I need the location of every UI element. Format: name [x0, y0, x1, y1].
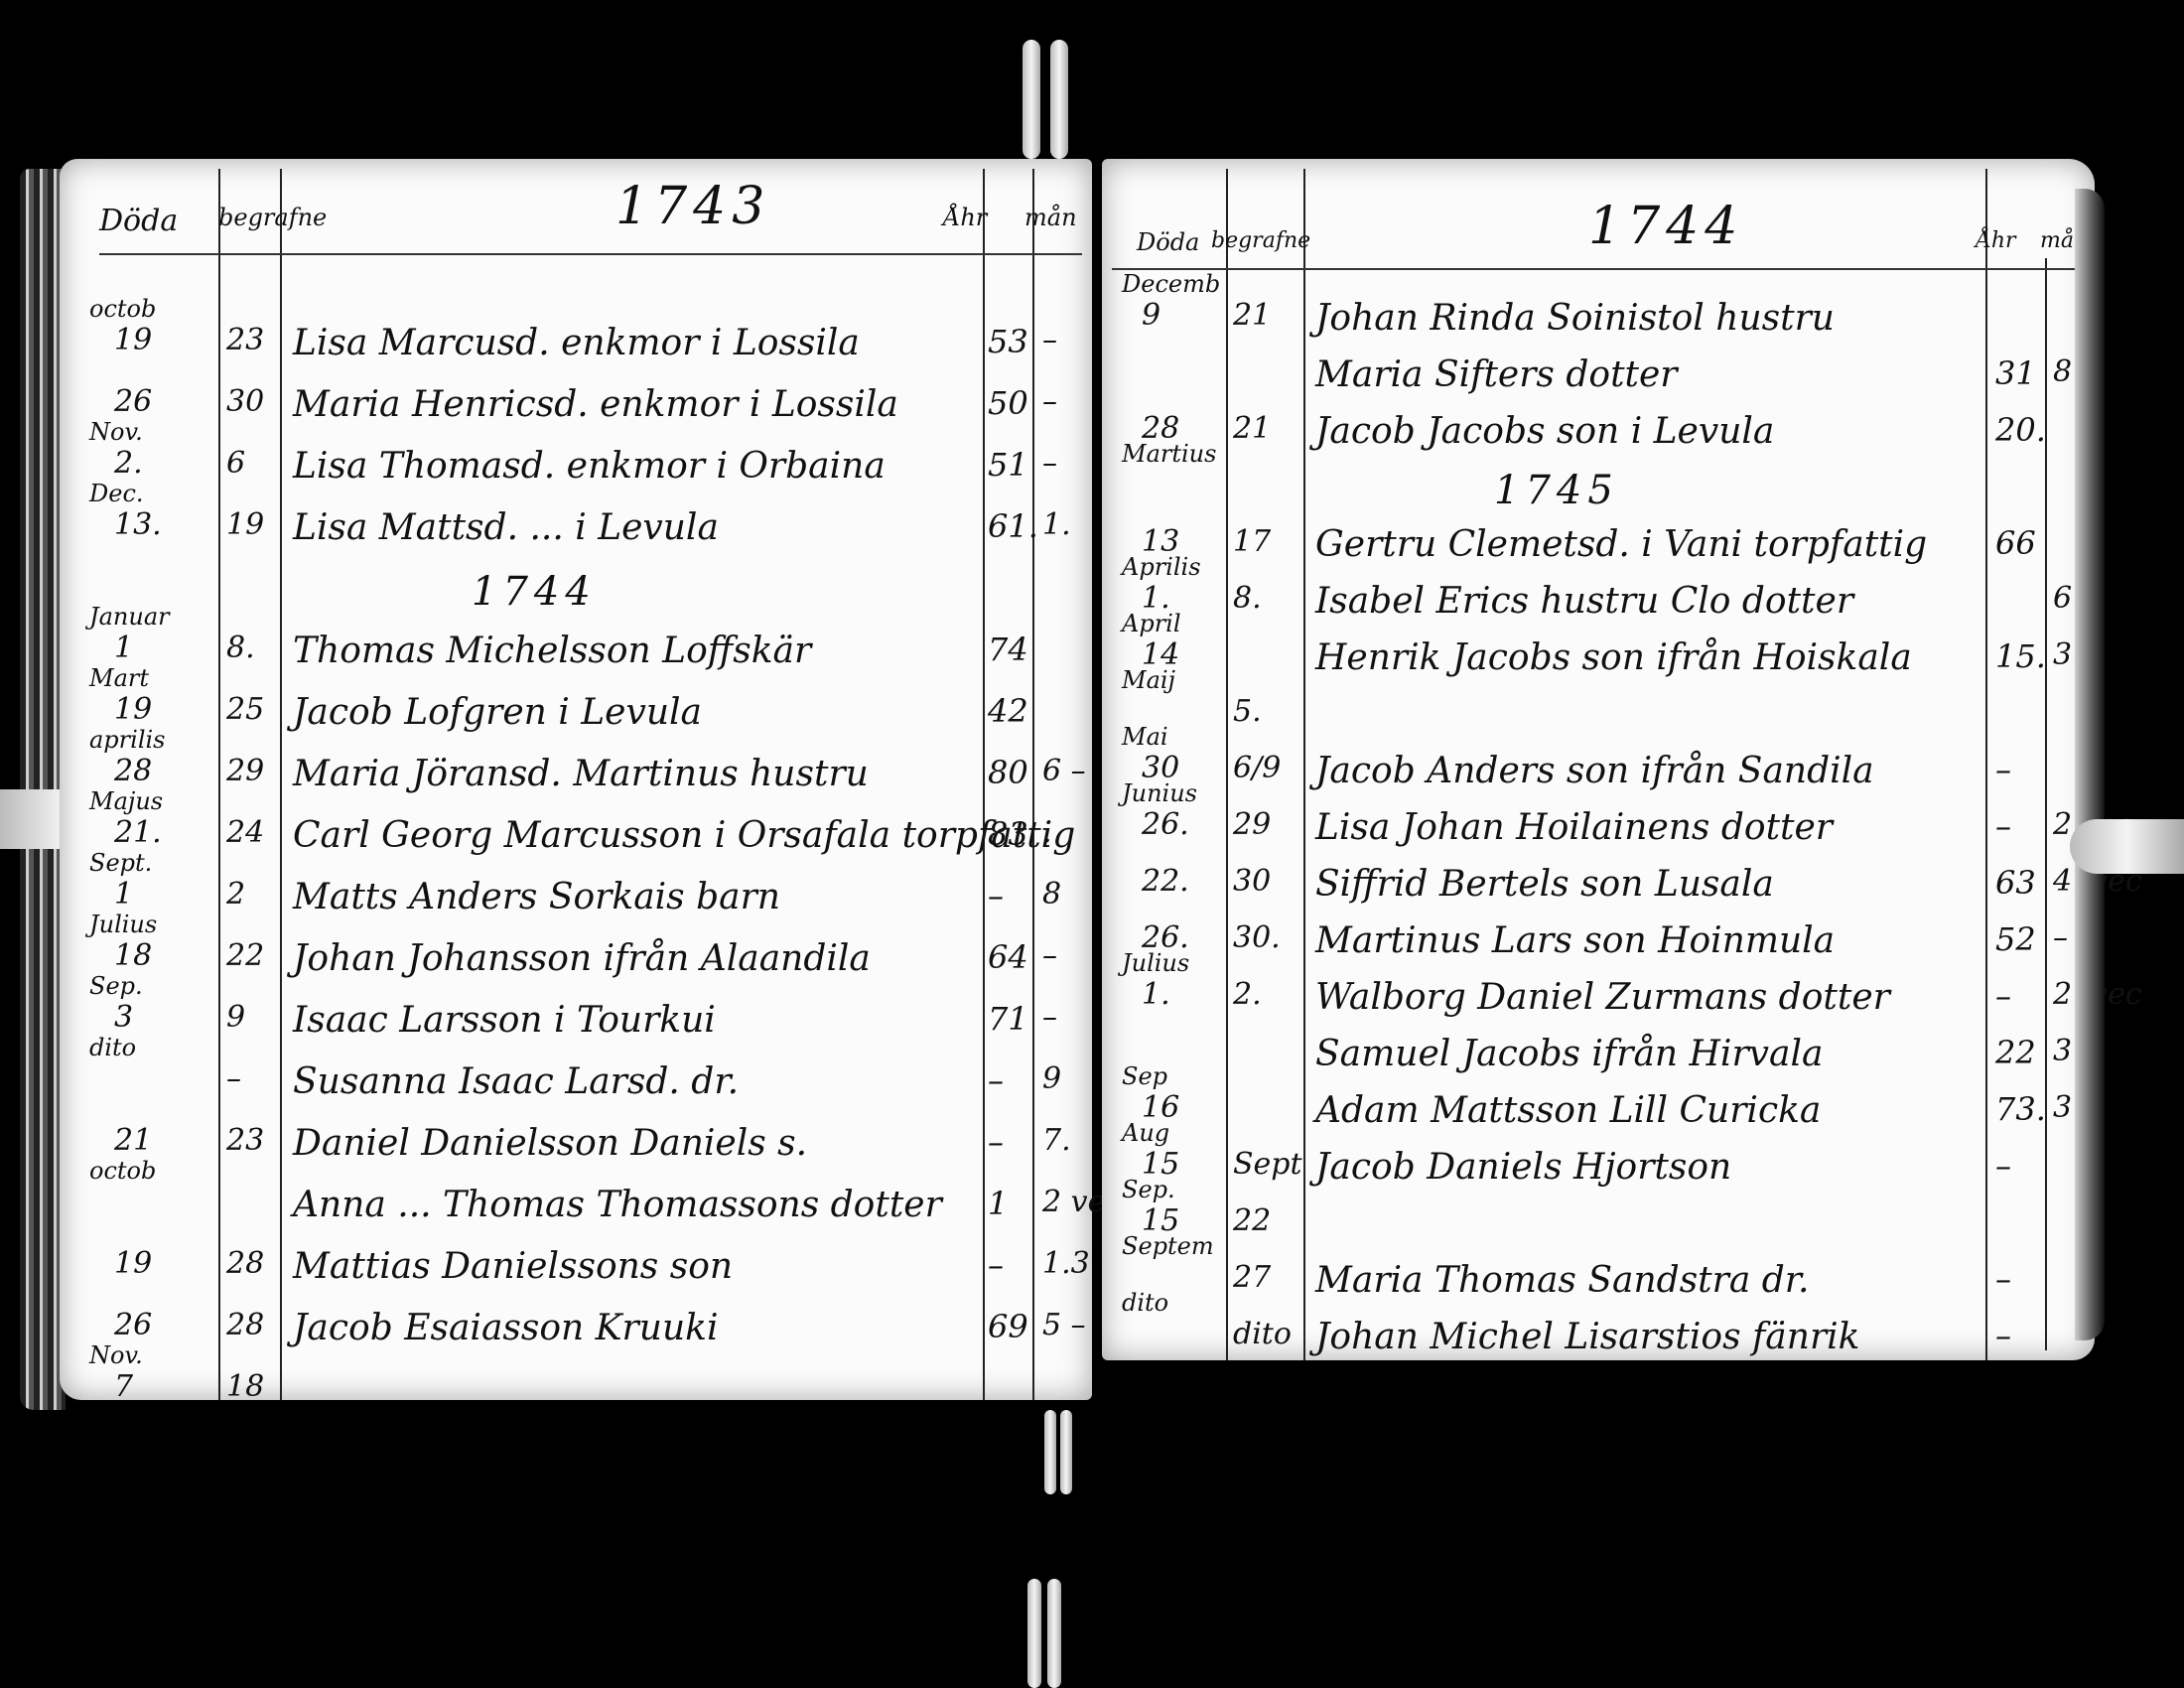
entry-burial-day: 2	[226, 877, 245, 912]
binding-clip-mid-left	[1044, 1410, 1056, 1494]
entry-age-years: 63	[1995, 864, 2036, 902]
entry-age-months: 1.	[1042, 507, 1071, 542]
entry-name: Adam Mattsson Lill Curicka	[1315, 1090, 1821, 1131]
page-year: 1743	[615, 177, 770, 236]
entry-age-months: .	[1042, 815, 1052, 850]
entry-name: Lisa Johan Hoilainens dotter	[1315, 807, 1833, 848]
entry-month: Sept.	[89, 849, 152, 877]
entry-month: Maij	[1122, 666, 1175, 694]
column-rule-date	[218, 169, 220, 1400]
entry-age-years: 73.	[1995, 1090, 2046, 1128]
year-marker: 1744	[472, 569, 597, 615]
register-page-1744: Döda begrafne 1744 Åhr mån Decemb921Joha…	[1102, 159, 2095, 1360]
entry-name: Maria Jöransd. Martinus hustru	[293, 754, 869, 794]
entry-age-months: –	[1042, 938, 1057, 973]
entry-name: Isabel Erics hustru Clo dotter	[1315, 581, 1853, 622]
entry-burial-day: Sept	[1233, 1147, 1302, 1182]
column-header-age-months: mån	[1024, 204, 1077, 231]
entry-name: Walborg Daniel Zurmans dotter	[1315, 977, 1890, 1018]
entry-name: Henrik Jacobs son ifrån Hoiskala	[1315, 637, 1912, 678]
entry-burial-day: 30	[226, 384, 264, 419]
column-rule-age	[983, 169, 985, 1400]
entry-age-years: –	[988, 1123, 1004, 1161]
entry-death-day: 19	[114, 692, 152, 727]
entry-name: Johan Johansson ifrån Alaandila	[293, 938, 871, 979]
entry-age-years: 50	[988, 384, 1028, 422]
entry-burial-day: 30.	[1233, 920, 1281, 955]
entry-age-months: –	[1042, 384, 1057, 419]
entry-age-months: 5 –	[1042, 1308, 1086, 1342]
header-rule	[99, 253, 1082, 255]
binding-clip-bottom-right	[1047, 1579, 1061, 1688]
entry-death-day: 26.	[1142, 807, 1189, 842]
entry-age-months: 8	[1042, 877, 1061, 912]
entry-burial-day: 28	[226, 1246, 264, 1281]
header-rule	[1112, 268, 2095, 270]
entry-age-years: 1	[988, 1185, 1008, 1222]
entry-month: Nov.	[89, 418, 143, 446]
entry-burial-day: 21	[1233, 411, 1271, 446]
entry-age-years: 20.	[1995, 411, 2046, 449]
entry-burial-day: 6/9	[1233, 751, 1281, 785]
entry-name: Carl Georg Marcusson i Orsafala torpfatt…	[293, 815, 1075, 856]
binding-clip-top-left	[1023, 40, 1040, 159]
entry-age-months: 3	[2053, 1090, 2072, 1125]
entry-age-years: 71	[988, 1000, 1028, 1038]
entry-month: aprilis	[89, 726, 166, 754]
entry-name: Susanna Isaac Larsd. dr.	[293, 1061, 739, 1102]
entry-death-day: 28	[114, 754, 152, 788]
column-header-burials: begrafne	[1211, 228, 1310, 253]
entry-month: Aug	[1122, 1119, 1169, 1147]
entry-name: Johan Michel Lisarstios fänrik	[1315, 1317, 1860, 1357]
entry-burial-day: 30	[1233, 864, 1271, 899]
binding-clip-bottom-left	[1027, 1579, 1041, 1688]
entry-month: Sep.	[89, 972, 143, 1000]
entry-age-years: 61.	[988, 507, 1038, 545]
year-marker: 1745	[1494, 468, 1619, 513]
entry-death-day: 26	[114, 384, 152, 419]
entry-death-day: 13.	[114, 507, 162, 542]
entry-age-years: –	[1995, 1260, 2011, 1298]
column-rule-burial	[1226, 169, 1228, 1360]
entry-age-years: 64	[988, 938, 1028, 976]
entry-name: Mattias Danielssons son	[293, 1246, 733, 1287]
column-header-age-years: Åhr	[943, 204, 987, 231]
entry-age-months: 6 –	[1042, 754, 1086, 788]
entry-age-months: –	[1042, 323, 1057, 357]
entry-death-day: 9	[1142, 298, 1160, 333]
entry-name: Maria Sifters dotter	[1315, 354, 1678, 395]
entry-name: Lisa Marcusd. enkmor i Lossila	[293, 323, 860, 363]
entry-name: Gertru Clemetsd. i Vani torpfattig	[1315, 524, 1927, 565]
entry-death-day: 21.	[114, 815, 162, 850]
entry-month: Mart	[89, 664, 149, 692]
entry-death-day: 7	[114, 1369, 133, 1404]
entry-burial-day: 29	[226, 754, 264, 788]
entry-month: octob	[89, 1157, 156, 1185]
entry-month: octob	[89, 295, 156, 323]
entry-name: Samuel Jacobs ifrån Hirvala	[1315, 1034, 1823, 1074]
entry-death-day: 1	[114, 877, 133, 912]
register-page-1743: Döda begrafne 1743 Åhr mån octob1923Lisa…	[60, 159, 1092, 1400]
entry-age-years: 74	[988, 631, 1028, 668]
entry-burial-day: 18	[226, 1369, 264, 1404]
entry-age-years: 31	[1995, 354, 2036, 392]
entry-age-months: 8	[2053, 354, 2072, 389]
entry-death-day: 21	[114, 1123, 152, 1158]
entry-month: dito	[89, 1034, 136, 1061]
entry-age-years: –	[988, 1061, 1004, 1099]
entry-death-day: 22.	[1142, 864, 1189, 899]
entry-month: Julius	[89, 911, 157, 938]
entry-name: Jacob Lofgren i Levula	[293, 692, 702, 733]
column-header-age-years: Åhr	[1976, 228, 2016, 253]
entry-age-years: 80	[988, 754, 1028, 791]
page-year: 1744	[1588, 197, 1743, 256]
entry-name: Jacob Jacobs son i Levula	[1315, 411, 1774, 452]
entry-burial-day: 24	[226, 815, 264, 850]
entry-age-years: –	[988, 877, 1004, 914]
entry-name: Lisa Thomasd. enkmor i Orbaina	[293, 446, 886, 487]
entry-burial-day: –	[226, 1061, 241, 1096]
entry-burial-day: 17	[1233, 524, 1271, 559]
entry-burial-day: 22	[226, 938, 264, 973]
binding-clip-top-right	[1050, 40, 1068, 159]
entry-burial-day: 8.	[226, 631, 255, 665]
column-rule-age	[1985, 169, 1987, 1360]
entry-name: Jacob Daniels Hjortson	[1315, 1147, 1731, 1188]
column-rule-burial	[280, 169, 282, 1400]
entry-age-years: –	[1995, 807, 2011, 845]
column-header-deaths: Döda	[1137, 228, 1199, 256]
entry-age-years: 53	[988, 323, 1028, 360]
entry-burial-day: 25	[226, 692, 264, 727]
entry-age-months: –	[1042, 1000, 1057, 1035]
entry-age-years: –	[1995, 751, 2011, 788]
entry-month: April	[1122, 610, 1181, 637]
entry-name: Jacob Anders son ifrån Sandila	[1315, 751, 1874, 791]
entry-burial-day: 23	[226, 1123, 264, 1158]
column-header-burials: begrafne	[218, 204, 327, 231]
entry-death-day: 19	[114, 1246, 152, 1281]
entry-month: Sep	[1122, 1062, 1167, 1090]
entry-age-months: –	[1042, 446, 1057, 481]
entry-month: Septem	[1122, 1232, 1214, 1260]
entry-burial-day: 22	[1233, 1203, 1271, 1238]
entry-burial-day: 6	[226, 446, 245, 481]
entry-age-years: 15.	[1995, 637, 2046, 675]
entry-age-years: 83	[988, 815, 1028, 853]
entry-name: Maria Henricsd. enkmor i Lossila	[293, 384, 898, 425]
entry-month: Decemb	[1122, 270, 1220, 298]
book-edge-right	[2075, 189, 2105, 1340]
entry-name: Martinus Lars son Hoinmula	[1315, 920, 1835, 961]
entry-age-years: 52	[1995, 920, 2036, 958]
entry-burial-day: 27	[1233, 1260, 1271, 1295]
entry-age-months: 9	[1042, 1061, 1061, 1096]
entry-age-years: 51	[988, 446, 1028, 484]
entry-month: Nov.	[89, 1341, 143, 1369]
column-header-deaths: Döda	[99, 204, 178, 238]
entry-age-years: 22	[1995, 1034, 2036, 1071]
entry-name: Siffrid Bertels son Lusala	[1315, 864, 1774, 905]
entry-name: Jacob Esaiasson Kruuki	[293, 1308, 718, 1348]
entry-age-months: 7.	[1042, 1123, 1071, 1158]
entry-name: Johan Rinda Soinistol hustru	[1315, 298, 1835, 339]
entry-age-months: 3	[2053, 1034, 2072, 1068]
entry-name: Anna ... Thomas Thomassons dotter	[293, 1185, 942, 1225]
entry-burial-day: 8.	[1233, 581, 1262, 616]
entry-month: Aprilis	[1122, 553, 1201, 581]
entry-month: Januar	[89, 603, 170, 631]
entry-name: Maria Thomas Sandstra dr.	[1315, 1260, 1810, 1301]
entry-age-months: –	[2053, 920, 2068, 955]
entry-age-years: –	[1995, 1147, 2011, 1185]
entry-death-day: 1	[114, 631, 133, 665]
entry-name: Matts Anders Sorkais barn	[293, 877, 780, 917]
entry-month: dito	[1122, 1289, 1168, 1317]
entry-month: Mai	[1122, 723, 1168, 751]
entry-age-years: 66	[1995, 524, 2036, 562]
column-rule-name	[1303, 169, 1305, 1360]
entry-death-day: 19	[114, 323, 152, 357]
entry-burial-day: 29	[1233, 807, 1271, 842]
entry-age-years: –	[1995, 1317, 2011, 1354]
entry-burial-day: 23	[226, 323, 264, 357]
entry-death-day: 3	[114, 1000, 133, 1035]
entry-death-day: 2.	[114, 446, 143, 481]
entry-burial-day: 19	[226, 507, 264, 542]
entry-age-years: –	[988, 1246, 1004, 1284]
entry-month: Martius	[1122, 440, 1216, 468]
entry-burial-day: 9	[226, 1000, 245, 1035]
entry-burial-day: 5.	[1233, 694, 1262, 729]
entry-name: Isaac Larsson i Tourkui	[293, 1000, 716, 1041]
entry-death-day: 18	[114, 938, 152, 973]
entry-burial-day: 28	[226, 1308, 264, 1342]
entry-burial-day: 2.	[1233, 977, 1262, 1012]
entry-name: Lisa Mattsd. ... i Levula	[293, 507, 719, 548]
page-holder-right	[2070, 819, 2184, 874]
entry-month: Sep.	[1122, 1176, 1175, 1203]
entry-age-years: –	[1995, 977, 2011, 1015]
entry-age-years: 42	[988, 692, 1028, 730]
entry-month: Julius	[1122, 949, 1189, 977]
entry-burial-day: 21	[1233, 298, 1271, 333]
entry-month: Dec.	[89, 480, 144, 507]
entry-name: Daniel Danielsson Daniels s.	[293, 1123, 807, 1164]
binding-clip-mid-right	[1060, 1410, 1072, 1494]
entry-name: Thomas Michelsson Loffskär	[293, 631, 811, 671]
entry-age-years: 69	[988, 1308, 1028, 1345]
entry-death-day: 26	[114, 1308, 152, 1342]
entry-burial-day: dito	[1233, 1317, 1292, 1351]
column-rule-months	[1032, 169, 1034, 1400]
entry-month: Junius	[1122, 779, 1197, 807]
entry-month: Majus	[89, 787, 163, 815]
entry-death-day: 1.	[1142, 977, 1170, 1012]
